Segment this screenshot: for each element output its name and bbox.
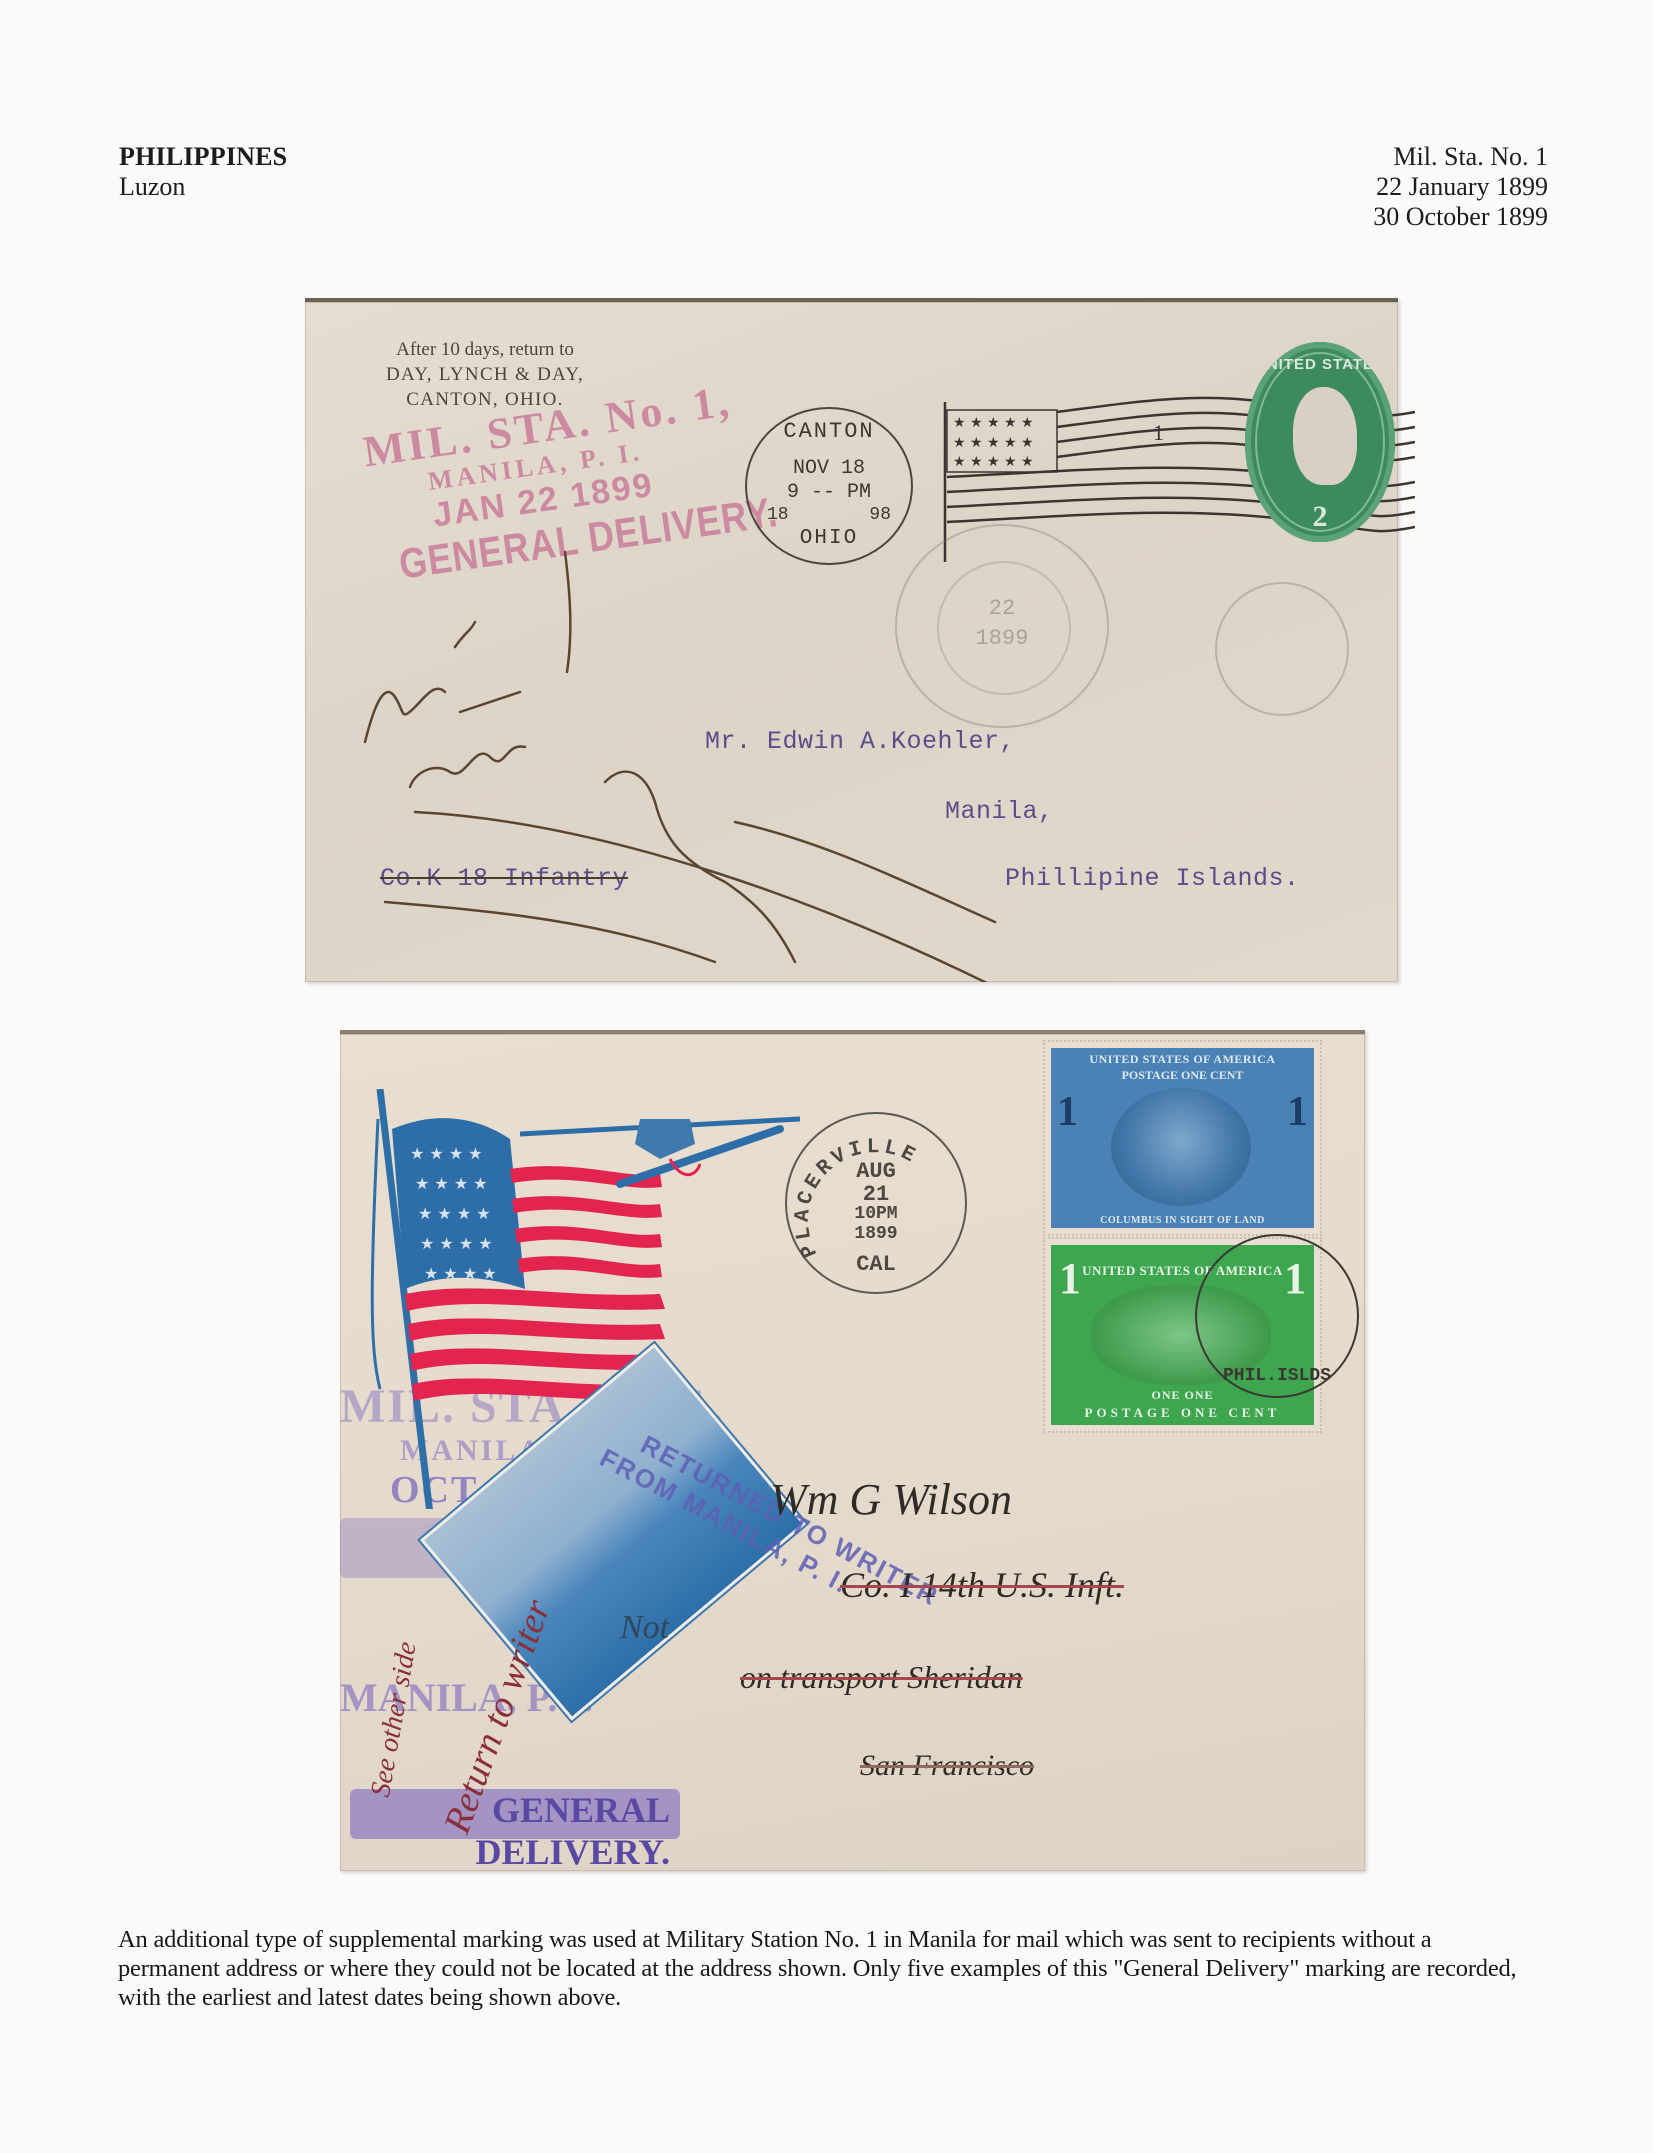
rifle-and-hat-icon [520,1089,820,1209]
year-right: 98 [869,505,891,525]
stamp-subtext: POSTAGE ONE CENT [1051,1068,1314,1083]
svg-text:★ ★ ★ ★ ★: ★ ★ ★ ★ ★ [953,415,1034,431]
date-earliest: 22 January 1899 [1373,172,1548,202]
manuscript-unit: Co. I 14th U.S. Inft. [840,1564,1124,1606]
stamp-value: 2 [1245,500,1395,534]
general-delivery-bar: GENERAL DELIVERY. [350,1789,680,1839]
postmark-year: 18 98 [767,505,891,525]
cover-2-patriotic-envelope: MIL. STA. No. 1, MANILA, P. I. OCT 30 18… [340,1030,1365,1871]
svg-text:★ ★ ★ ★: ★ ★ ★ ★ [410,1144,483,1163]
faint-day: 22 [897,596,1107,621]
portrait-icon [1293,387,1357,485]
manuscript-city: San Francisco [860,1749,1034,1783]
stamp-value: 1 [1287,1088,1308,1136]
pencil-note: Not [620,1609,669,1647]
svg-text:★ ★ ★ ★: ★ ★ ★ ★ [420,1234,493,1253]
postmark-time: 10PM [787,1204,965,1224]
corner-card-line: After 10 days, return to [345,337,625,362]
svg-text:★ ★ ★ ★ ★: ★ ★ ★ ★ ★ [953,454,1034,470]
address-city: Manila, [945,797,1054,826]
mil-station-postmark: PHIL.ISLDS [1195,1234,1359,1398]
svg-text:1: 1 [1153,420,1164,445]
faint-postmark [1215,582,1349,716]
placerville-postmark: PLACERVILLE AUG 21 10PM 1899 CAL [785,1112,967,1294]
faint-year: 1899 [897,626,1107,651]
postmark-year: 1899 [787,1224,965,1244]
postmark-time: 9 -- PM [747,481,911,504]
page-header-left: PHILIPPINES Luzon [119,142,287,202]
stamp-text: UNITED STATES [1245,356,1395,373]
svg-text:★ ★ ★ ★: ★ ★ ★ ★ [415,1174,488,1193]
manuscript-routing: on transport Sheridan [740,1659,1023,1696]
region-subtitle: Luzon [119,172,287,202]
postmark-town: CANTON [747,419,911,444]
stamp-text: UNITED STATES OF AMERICA [1051,1052,1314,1067]
two-cent-stamp-indicium: UNITED STATES 2 [1245,342,1395,542]
date-latest: 30 October 1899 [1373,202,1548,232]
cover-1-stamped-envelope: After 10 days, return to DAY, LYNCH & DA… [305,298,1398,982]
postmark-text: PHIL.ISLDS [1197,1366,1357,1386]
country-title: PHILIPPINES [119,142,287,172]
corner-card-line: DAY, LYNCH & DAY, [345,362,625,387]
canton-postmark: CANTON NOV 18 9 -- PM 18 98 OHIO [745,407,913,565]
postmark-month: AUG [787,1159,965,1184]
addressee-name: Mr. Edwin A.Koehler, [705,727,1015,756]
exhibit-caption: An additional type of supplemental marki… [118,1925,1538,2012]
manuscript-addressee: Wm G Wilson [770,1474,1012,1525]
postmark-state: OHIO [747,527,911,550]
faint-backstamp: 22 1899 [895,524,1109,728]
address-unit-struck: Co.K 18 Infantry [380,864,628,893]
postmark-date: NOV 18 [747,457,911,480]
columbian-one-cent-stamp: UNITED STATES OF AMERICA POSTAGE ONE CEN… [1045,1042,1320,1234]
stamp-bottom-text: POSTAGE ONE CENT [1051,1405,1314,1421]
page-header-right: Mil. Sta. No. 1 22 January 1899 30 Octob… [1373,142,1548,232]
postmark-state: CAL [787,1252,965,1277]
svg-text:★ ★ ★ ★: ★ ★ ★ ★ [424,1264,497,1283]
year-left: 18 [767,505,789,525]
station-label: Mil. Sta. No. 1 [1373,142,1548,172]
columbus-vignette-icon [1111,1088,1251,1206]
address-country: Phillipine Islands. [1005,864,1300,893]
svg-text:★ ★ ★ ★: ★ ★ ★ ★ [418,1204,491,1223]
stamp-value: 1 [1057,1088,1078,1136]
svg-text:★ ★ ★ ★ ★: ★ ★ ★ ★ ★ [953,435,1034,451]
stamp-caption: COLUMBUS IN SIGHT OF LAND [1051,1215,1314,1226]
